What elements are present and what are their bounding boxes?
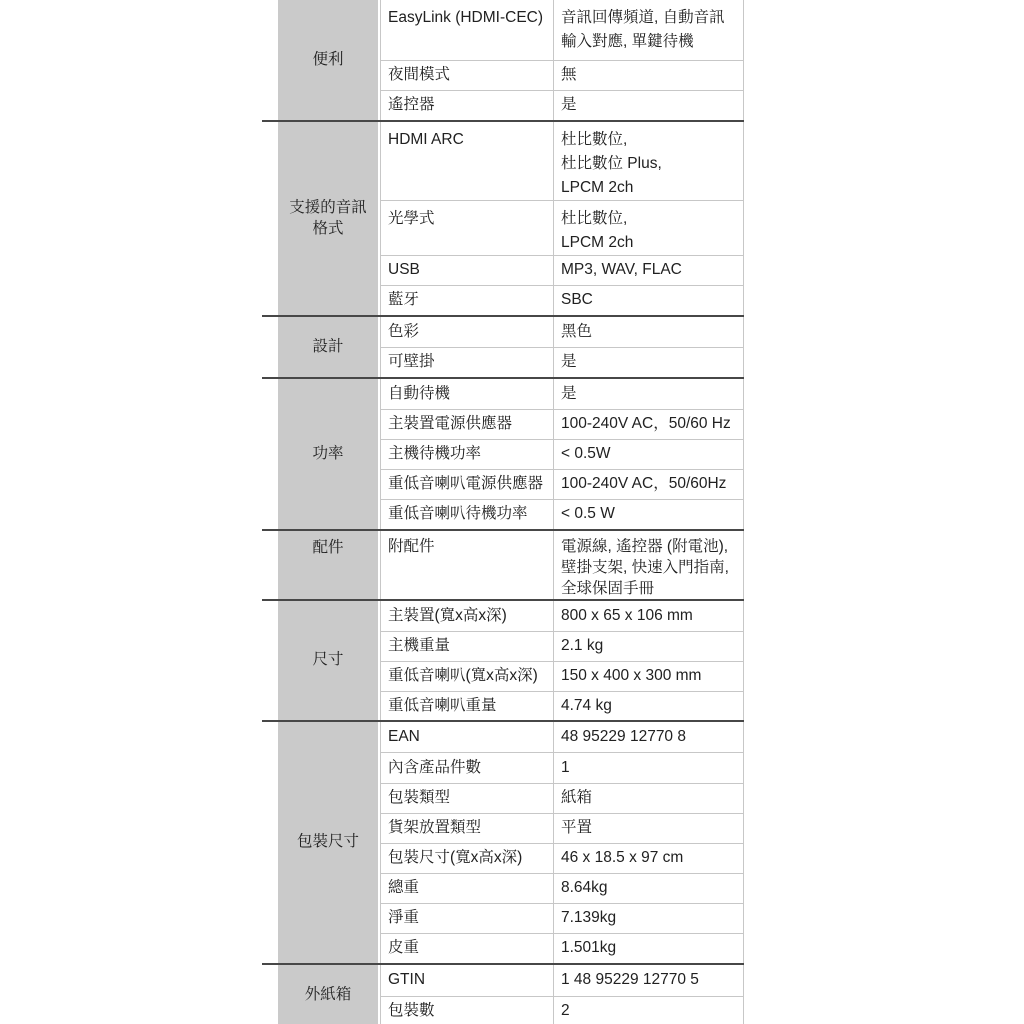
spec-row: 藍牙SBC xyxy=(381,285,743,315)
spec-row: 包裝數2 xyxy=(381,996,743,1024)
spec-row: USBMP3, WAV, FLAC xyxy=(381,255,743,285)
value-cell: < 0.5W xyxy=(553,440,743,469)
property-label: EasyLink (HDMI-CEC) xyxy=(388,6,549,30)
section-rows: 附配件電源線, 遙控器 (附電池),壁掛支架, 快速入門指南,全球保固手冊 xyxy=(380,531,744,599)
property-label: 皮重 xyxy=(388,938,549,958)
value-line: 輸入對應, 單鍵待機 xyxy=(561,30,740,54)
value-cell: 電源線, 遙控器 (附電池),壁掛支架, 快速入門指南,全球保固手冊 xyxy=(553,531,743,599)
category-label-line: 功率 xyxy=(312,444,343,465)
value-cell: < 0.5 W xyxy=(553,500,743,529)
section-rows: 主裝置(寬x高x深)800 x 65 x 106 mm主機重量2.1 kg重低音… xyxy=(380,601,744,720)
property-cell: 色彩 xyxy=(381,317,553,347)
property-label: 主裝置電源供應器 xyxy=(388,414,549,434)
category-cell: 外紙箱 xyxy=(278,965,378,1024)
spec-row: 淨重7.139kg xyxy=(381,903,743,933)
property-label: 重低音喇叭電源供應器 xyxy=(388,474,549,494)
property-cell: 重低音喇叭待機功率 xyxy=(381,500,553,529)
section-rows: GTIN1 48 95229 12770 5包裝數2 xyxy=(380,965,744,1024)
property-cell: 包裝類型 xyxy=(381,784,553,813)
property-label: 主機待機功率 xyxy=(388,444,549,464)
property-cell: 遙控器 xyxy=(381,91,553,120)
value-cell: 4.74 kg xyxy=(553,692,743,720)
property-cell: 自動待機 xyxy=(381,379,553,409)
value-cell: 100-240V AC，50/60Hz xyxy=(553,470,743,499)
category-label-line: 設計 xyxy=(312,337,343,358)
value-cell: 音訊回傳頻道, 自動音訊輸入對應, 單鍵待機 xyxy=(553,0,743,60)
section-rows: EAN48 95229 12770 8內含產品件數1包裝類型紙箱貨架放置類型平置… xyxy=(380,722,744,963)
value-cell: 800 x 65 x 106 mm xyxy=(553,601,743,631)
property-label: 內含產品件數 xyxy=(388,758,549,778)
spec-row: 可壁掛是 xyxy=(381,347,743,377)
property-label: 重低音喇叭(寬x高x深) xyxy=(388,666,549,686)
section-rows: 自動待機是主裝置電源供應器100-240V AC，50/60 Hz主機待機功率<… xyxy=(380,379,744,529)
spec-row: 貨架放置類型平置 xyxy=(381,813,743,843)
value-line: SBC xyxy=(561,290,740,310)
spec-section: 功率自動待機是主裝置電源供應器100-240V AC，50/60 Hz主機待機功… xyxy=(262,379,744,531)
value-cell: MP3, WAV, FLAC xyxy=(553,256,743,285)
category-cell: 便利 xyxy=(278,0,378,120)
value-line: 1 xyxy=(561,758,740,778)
property-cell: HDMI ARC xyxy=(381,122,553,200)
spec-row: 主裝置(寬x高x深)800 x 65 x 106 mm xyxy=(381,601,743,631)
property-cell: 重低音喇叭電源供應器 xyxy=(381,470,553,499)
value-cell: 是 xyxy=(553,348,743,377)
value-cell: 46 x 18.5 x 97 cm xyxy=(553,844,743,873)
property-cell: USB xyxy=(381,256,553,285)
property-cell: GTIN xyxy=(381,965,553,996)
value-line: 紙箱 xyxy=(561,788,740,808)
category-label-line: 包裝尺寸 xyxy=(297,832,359,853)
property-label: 自動待機 xyxy=(388,384,549,404)
value-line: 黑色 xyxy=(561,322,740,342)
spec-row: 重低音喇叭電源供應器100-240V AC，50/60Hz xyxy=(381,469,743,499)
property-cell: 主機待機功率 xyxy=(381,440,553,469)
property-label: 光學式 xyxy=(388,207,549,231)
spec-section: 支援的音訊格式HDMI ARC杜比數位,杜比數位 Plus,LPCM 2ch光學… xyxy=(262,122,744,317)
spec-row: 重低音喇叭重量4.74 kg xyxy=(381,691,743,720)
property-cell: 重低音喇叭(寬x高x深) xyxy=(381,662,553,691)
spec-row: HDMI ARC杜比數位,杜比數位 Plus,LPCM 2ch xyxy=(381,122,743,200)
property-label: GTIN xyxy=(388,970,549,990)
spec-row: 包裝類型紙箱 xyxy=(381,783,743,813)
category-cell: 包裝尺寸 xyxy=(278,722,378,963)
property-label: 包裝數 xyxy=(388,1001,549,1021)
category-cell: 功率 xyxy=(278,379,378,529)
spec-row: 自動待機是 xyxy=(381,379,743,409)
section-rows: HDMI ARC杜比數位,杜比數位 Plus,LPCM 2ch光學式杜比數位,L… xyxy=(380,122,744,315)
category-label-line: 外紙箱 xyxy=(305,985,352,1006)
value-cell: 黑色 xyxy=(553,317,743,347)
value-line: MP3, WAV, FLAC xyxy=(561,260,740,280)
property-cell: EAN xyxy=(381,722,553,752)
property-label: 附配件 xyxy=(388,536,549,557)
value-line: < 0.5W xyxy=(561,444,740,464)
spec-row: 色彩黑色 xyxy=(381,317,743,347)
spec-row: 主裝置電源供應器100-240V AC，50/60 Hz xyxy=(381,409,743,439)
property-cell: 內含產品件數 xyxy=(381,753,553,783)
spec-section: 設計色彩黑色可壁掛是 xyxy=(262,317,744,379)
value-cell: 1 48 95229 12770 5 xyxy=(553,965,743,996)
spec-row: 光學式杜比數位,LPCM 2ch xyxy=(381,200,743,255)
property-cell: 重低音喇叭重量 xyxy=(381,692,553,720)
spec-section: 尺寸主裝置(寬x高x深)800 x 65 x 106 mm主機重量2.1 kg重… xyxy=(262,601,744,722)
property-cell: 附配件 xyxy=(381,531,553,599)
category-cell: 尺寸 xyxy=(278,601,378,720)
spec-row: EAN48 95229 12770 8 xyxy=(381,722,743,752)
value-line: 平置 xyxy=(561,818,740,838)
value-line: 8.64kg xyxy=(561,878,740,898)
property-label: EAN xyxy=(388,727,549,747)
spec-section: 配件附配件電源線, 遙控器 (附電池),壁掛支架, 快速入門指南,全球保固手冊 xyxy=(262,531,744,601)
value-line: 1.501kg xyxy=(561,938,740,958)
value-cell: 杜比數位,LPCM 2ch xyxy=(553,201,743,255)
value-line: 2 xyxy=(561,1001,740,1021)
value-line: 2.1 kg xyxy=(561,636,740,656)
spec-section: 外紙箱GTIN1 48 95229 12770 5包裝數2 xyxy=(262,965,744,1024)
value-cell: 48 95229 12770 8 xyxy=(553,722,743,752)
spec-row: 重低音喇叭(寬x高x深)150 x 400 x 300 mm xyxy=(381,661,743,691)
section-rows: 色彩黑色可壁掛是 xyxy=(380,317,744,377)
property-cell: 皮重 xyxy=(381,934,553,963)
spec-row: 遙控器是 xyxy=(381,90,743,120)
spec-row: 重低音喇叭待機功率< 0.5 W xyxy=(381,499,743,529)
category-label-line: 尺寸 xyxy=(312,650,343,671)
spec-row: 夜間模式無 xyxy=(381,60,743,90)
value-cell: 8.64kg xyxy=(553,874,743,903)
spec-row: 主機待機功率< 0.5W xyxy=(381,439,743,469)
value-cell: 1 xyxy=(553,753,743,783)
spec-row: EasyLink (HDMI-CEC)音訊回傳頻道, 自動音訊輸入對應, 單鍵待… xyxy=(381,0,743,60)
value-line: < 0.5 W xyxy=(561,504,740,524)
category-cell: 支援的音訊格式 xyxy=(278,122,378,315)
property-label: 藍牙 xyxy=(388,290,549,310)
property-label: USB xyxy=(388,260,549,280)
value-cell: 無 xyxy=(553,61,743,90)
value-line: 是 xyxy=(561,384,740,404)
value-cell: 杜比數位,杜比數位 Plus,LPCM 2ch xyxy=(553,122,743,200)
value-line: 壁掛支架, 快速入門指南, xyxy=(561,557,740,578)
value-line: 無 xyxy=(561,65,740,85)
spec-sheet-page: 便利EasyLink (HDMI-CEC)音訊回傳頻道, 自動音訊輸入對應, 單… xyxy=(0,0,1024,1024)
value-cell: 7.139kg xyxy=(553,904,743,933)
value-line: 7.139kg xyxy=(561,908,740,928)
property-label: 主裝置(寬x高x深) xyxy=(388,606,549,626)
value-line: 150 x 400 x 300 mm xyxy=(561,666,740,686)
spec-section: 便利EasyLink (HDMI-CEC)音訊回傳頻道, 自動音訊輸入對應, 單… xyxy=(262,0,744,122)
property-label: 淨重 xyxy=(388,908,549,928)
value-line: 100-240V AC，50/60Hz xyxy=(561,474,740,494)
property-label: 包裝尺寸(寬x高x深) xyxy=(388,848,549,868)
spec-row: 內含產品件數1 xyxy=(381,752,743,783)
value-line: 全球保固手冊 xyxy=(561,578,740,599)
category-cell: 設計 xyxy=(278,317,378,377)
category-label-line: 便利 xyxy=(312,50,343,71)
property-cell: 包裝數 xyxy=(381,997,553,1024)
value-line: 800 x 65 x 106 mm xyxy=(561,606,740,626)
value-cell: 是 xyxy=(553,91,743,120)
value-line: 46 x 18.5 x 97 cm xyxy=(561,848,740,868)
value-cell: 平置 xyxy=(553,814,743,843)
value-line: 杜比數位, xyxy=(561,207,740,231)
property-label: 貨架放置類型 xyxy=(388,818,549,838)
property-cell: 主裝置電源供應器 xyxy=(381,410,553,439)
value-cell: 2.1 kg xyxy=(553,632,743,661)
value-line: LPCM 2ch xyxy=(561,176,740,200)
category-label-line: 支援的音訊 xyxy=(289,198,367,219)
spec-row: 包裝尺寸(寬x高x深)46 x 18.5 x 97 cm xyxy=(381,843,743,873)
value-cell: 紙箱 xyxy=(553,784,743,813)
spec-section: 包裝尺寸EAN48 95229 12770 8內含產品件數1包裝類型紙箱貨架放置… xyxy=(262,722,744,965)
value-cell: 2 xyxy=(553,997,743,1024)
value-line: 杜比數位 Plus, xyxy=(561,152,740,176)
value-line: 是 xyxy=(561,352,740,372)
spec-row: 主機重量2.1 kg xyxy=(381,631,743,661)
property-label: 遙控器 xyxy=(388,95,549,115)
property-cell: 藍牙 xyxy=(381,286,553,315)
value-cell: 100-240V AC，50/60 Hz xyxy=(553,410,743,439)
value-cell: 1.501kg xyxy=(553,934,743,963)
spec-row: 皮重1.501kg xyxy=(381,933,743,963)
property-cell: 可壁掛 xyxy=(381,348,553,377)
property-cell: 主裝置(寬x高x深) xyxy=(381,601,553,631)
property-cell: 夜間模式 xyxy=(381,61,553,90)
value-line: 音訊回傳頻道, 自動音訊 xyxy=(561,6,740,30)
property-label: 重低音喇叭重量 xyxy=(388,696,549,716)
section-rows: EasyLink (HDMI-CEC)音訊回傳頻道, 自動音訊輸入對應, 單鍵待… xyxy=(380,0,744,120)
value-cell: 150 x 400 x 300 mm xyxy=(553,662,743,691)
property-label: 包裝類型 xyxy=(388,788,549,808)
property-cell: 淨重 xyxy=(381,904,553,933)
property-cell: 總重 xyxy=(381,874,553,903)
category-label-line: 格式 xyxy=(312,219,343,240)
value-line: 48 95229 12770 8 xyxy=(561,727,740,747)
spec-table: 便利EasyLink (HDMI-CEC)音訊回傳頻道, 自動音訊輸入對應, 單… xyxy=(262,0,744,1024)
property-label: 色彩 xyxy=(388,322,549,342)
value-cell: 是 xyxy=(553,379,743,409)
property-label: 總重 xyxy=(388,878,549,898)
spec-row: GTIN1 48 95229 12770 5 xyxy=(381,965,743,996)
property-label: HDMI ARC xyxy=(388,128,549,152)
property-cell: 主機重量 xyxy=(381,632,553,661)
property-cell: 光學式 xyxy=(381,201,553,255)
property-cell: 貨架放置類型 xyxy=(381,814,553,843)
value-line: 電源線, 遙控器 (附電池), xyxy=(561,536,740,557)
value-line: 4.74 kg xyxy=(561,696,740,716)
value-line: LPCM 2ch xyxy=(561,231,740,255)
value-line: 100-240V AC，50/60 Hz xyxy=(561,414,740,434)
property-cell: EasyLink (HDMI-CEC) xyxy=(381,0,553,60)
category-label-line: 配件 xyxy=(312,538,343,559)
property-label: 夜間模式 xyxy=(388,65,549,85)
value-line: 杜比數位, xyxy=(561,128,740,152)
category-cell: 配件 xyxy=(278,531,378,599)
value-line: 1 48 95229 12770 5 xyxy=(561,970,740,990)
property-cell: 包裝尺寸(寬x高x深) xyxy=(381,844,553,873)
property-label: 主機重量 xyxy=(388,636,549,656)
value-line: 是 xyxy=(561,95,740,115)
spec-row: 總重8.64kg xyxy=(381,873,743,903)
property-label: 可壁掛 xyxy=(388,352,549,372)
property-label: 重低音喇叭待機功率 xyxy=(388,504,549,524)
value-cell: SBC xyxy=(553,286,743,315)
spec-row: 附配件電源線, 遙控器 (附電池),壁掛支架, 快速入門指南,全球保固手冊 xyxy=(381,531,743,599)
